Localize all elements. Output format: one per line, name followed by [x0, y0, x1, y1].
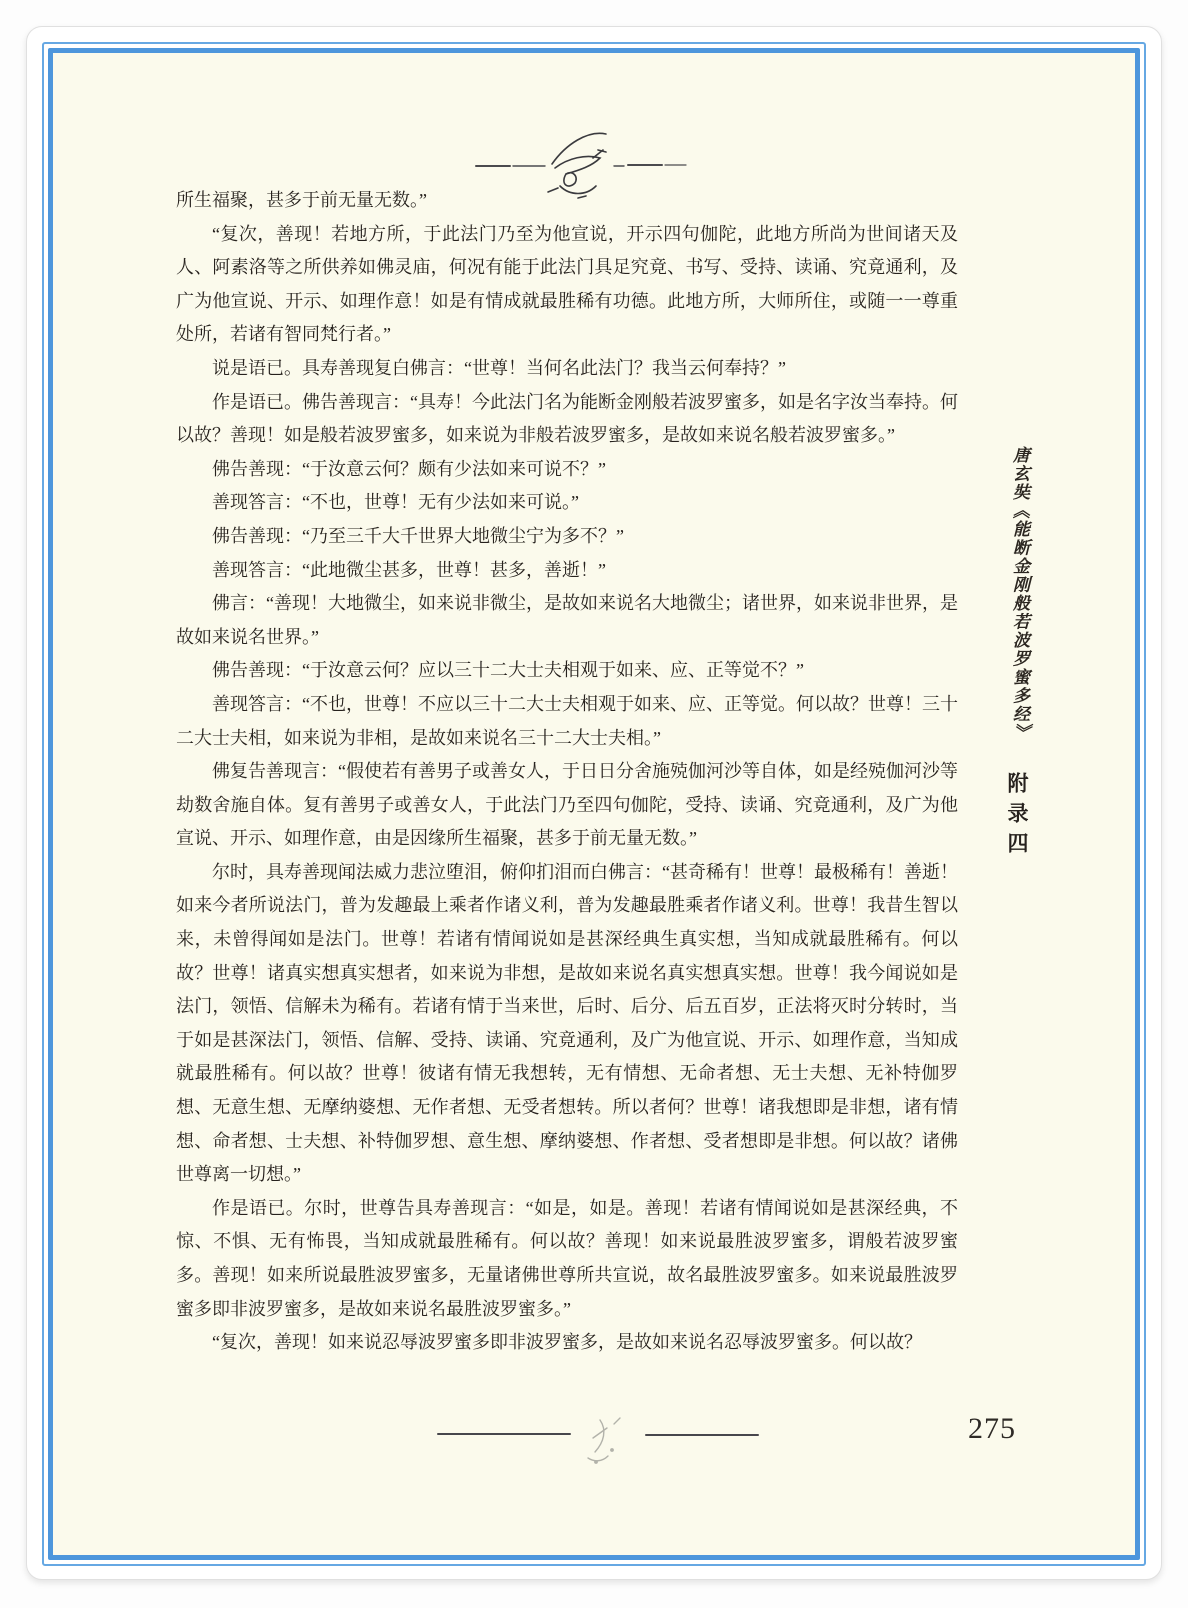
paragraph: 作是语已。尔时，世尊告具寿善现言：“如是，如是。善现！若诸有情闻说如是甚深经典，…	[176, 1192, 958, 1326]
footer-sketch-divider-icon	[428, 1406, 772, 1476]
paragraph: 说是语已。具寿善现复白佛言：“世尊！当何名此法门？我当云何奉持？”	[176, 352, 958, 386]
paragraph: 佛告善现：“于汝意云何？颇有少法如来可说不？”	[176, 453, 958, 487]
body-text: 所生福聚，甚多于前无量无数。”“复次，善现！若地方所，于此法门乃至为他宣说，开示…	[176, 184, 958, 1360]
paragraph: 作是语已。佛告善现言：“具寿！今此法门名为能断金刚般若波罗蜜多，如是名字汝当奉持…	[176, 386, 958, 453]
margin-book-title: 唐玄奘《能断金刚般若波罗蜜多经》	[1002, 446, 1032, 758]
margin-appendix-label: 附录四	[1000, 772, 1032, 862]
paragraph: 善现答言：“此地微尘甚多，世尊！甚多，善逝！”	[176, 554, 958, 588]
paragraph: 佛言：“善现！大地微尘，如来说非微尘，是故如来说名大地微尘；诸世界，如来说非世界…	[176, 587, 958, 654]
paragraph: 善现答言：“不也，世尊！无有少法如来可说。”	[176, 486, 958, 520]
paragraph: 佛告善现：“于汝意云何？应以三十二大士夫相观于如来、应、正等觉不？”	[176, 654, 958, 688]
paragraph: 尔时，具寿善现闻法威力悲泣堕泪，俯仰扪泪而白佛言：“甚奇稀有！世尊！最极稀有！善…	[176, 856, 958, 1192]
paragraph: 佛告善现：“乃至三千大千世界大地微尘宁为多不？”	[176, 520, 958, 554]
scanned-book-page: { "page": { "number": "275", "paper_colo…	[0, 0, 1188, 1608]
paragraph: 善现答言：“不也，世尊！不应以三十二大士夫相观于如来、应、正等觉。何以故？世尊！…	[176, 688, 958, 755]
page-number: 275	[968, 1412, 1038, 1446]
paragraph: “复次，善现！若地方所，于此法门乃至为他宣说，开示四句伽陀，此地方所尚为世间诸天…	[176, 218, 958, 352]
paragraph: 所生福聚，甚多于前无量无数。”	[176, 184, 958, 218]
paragraph: 佛复告善现言：“假使若有善男子或善女人，于日日分舍施殑伽河沙等自体，如是经殑伽河…	[176, 755, 958, 856]
paragraph: “复次，善现！如来说忍辱波罗蜜多即非波罗蜜多，是故如来说名忍辱波罗蜜多。何以故？	[176, 1326, 958, 1360]
